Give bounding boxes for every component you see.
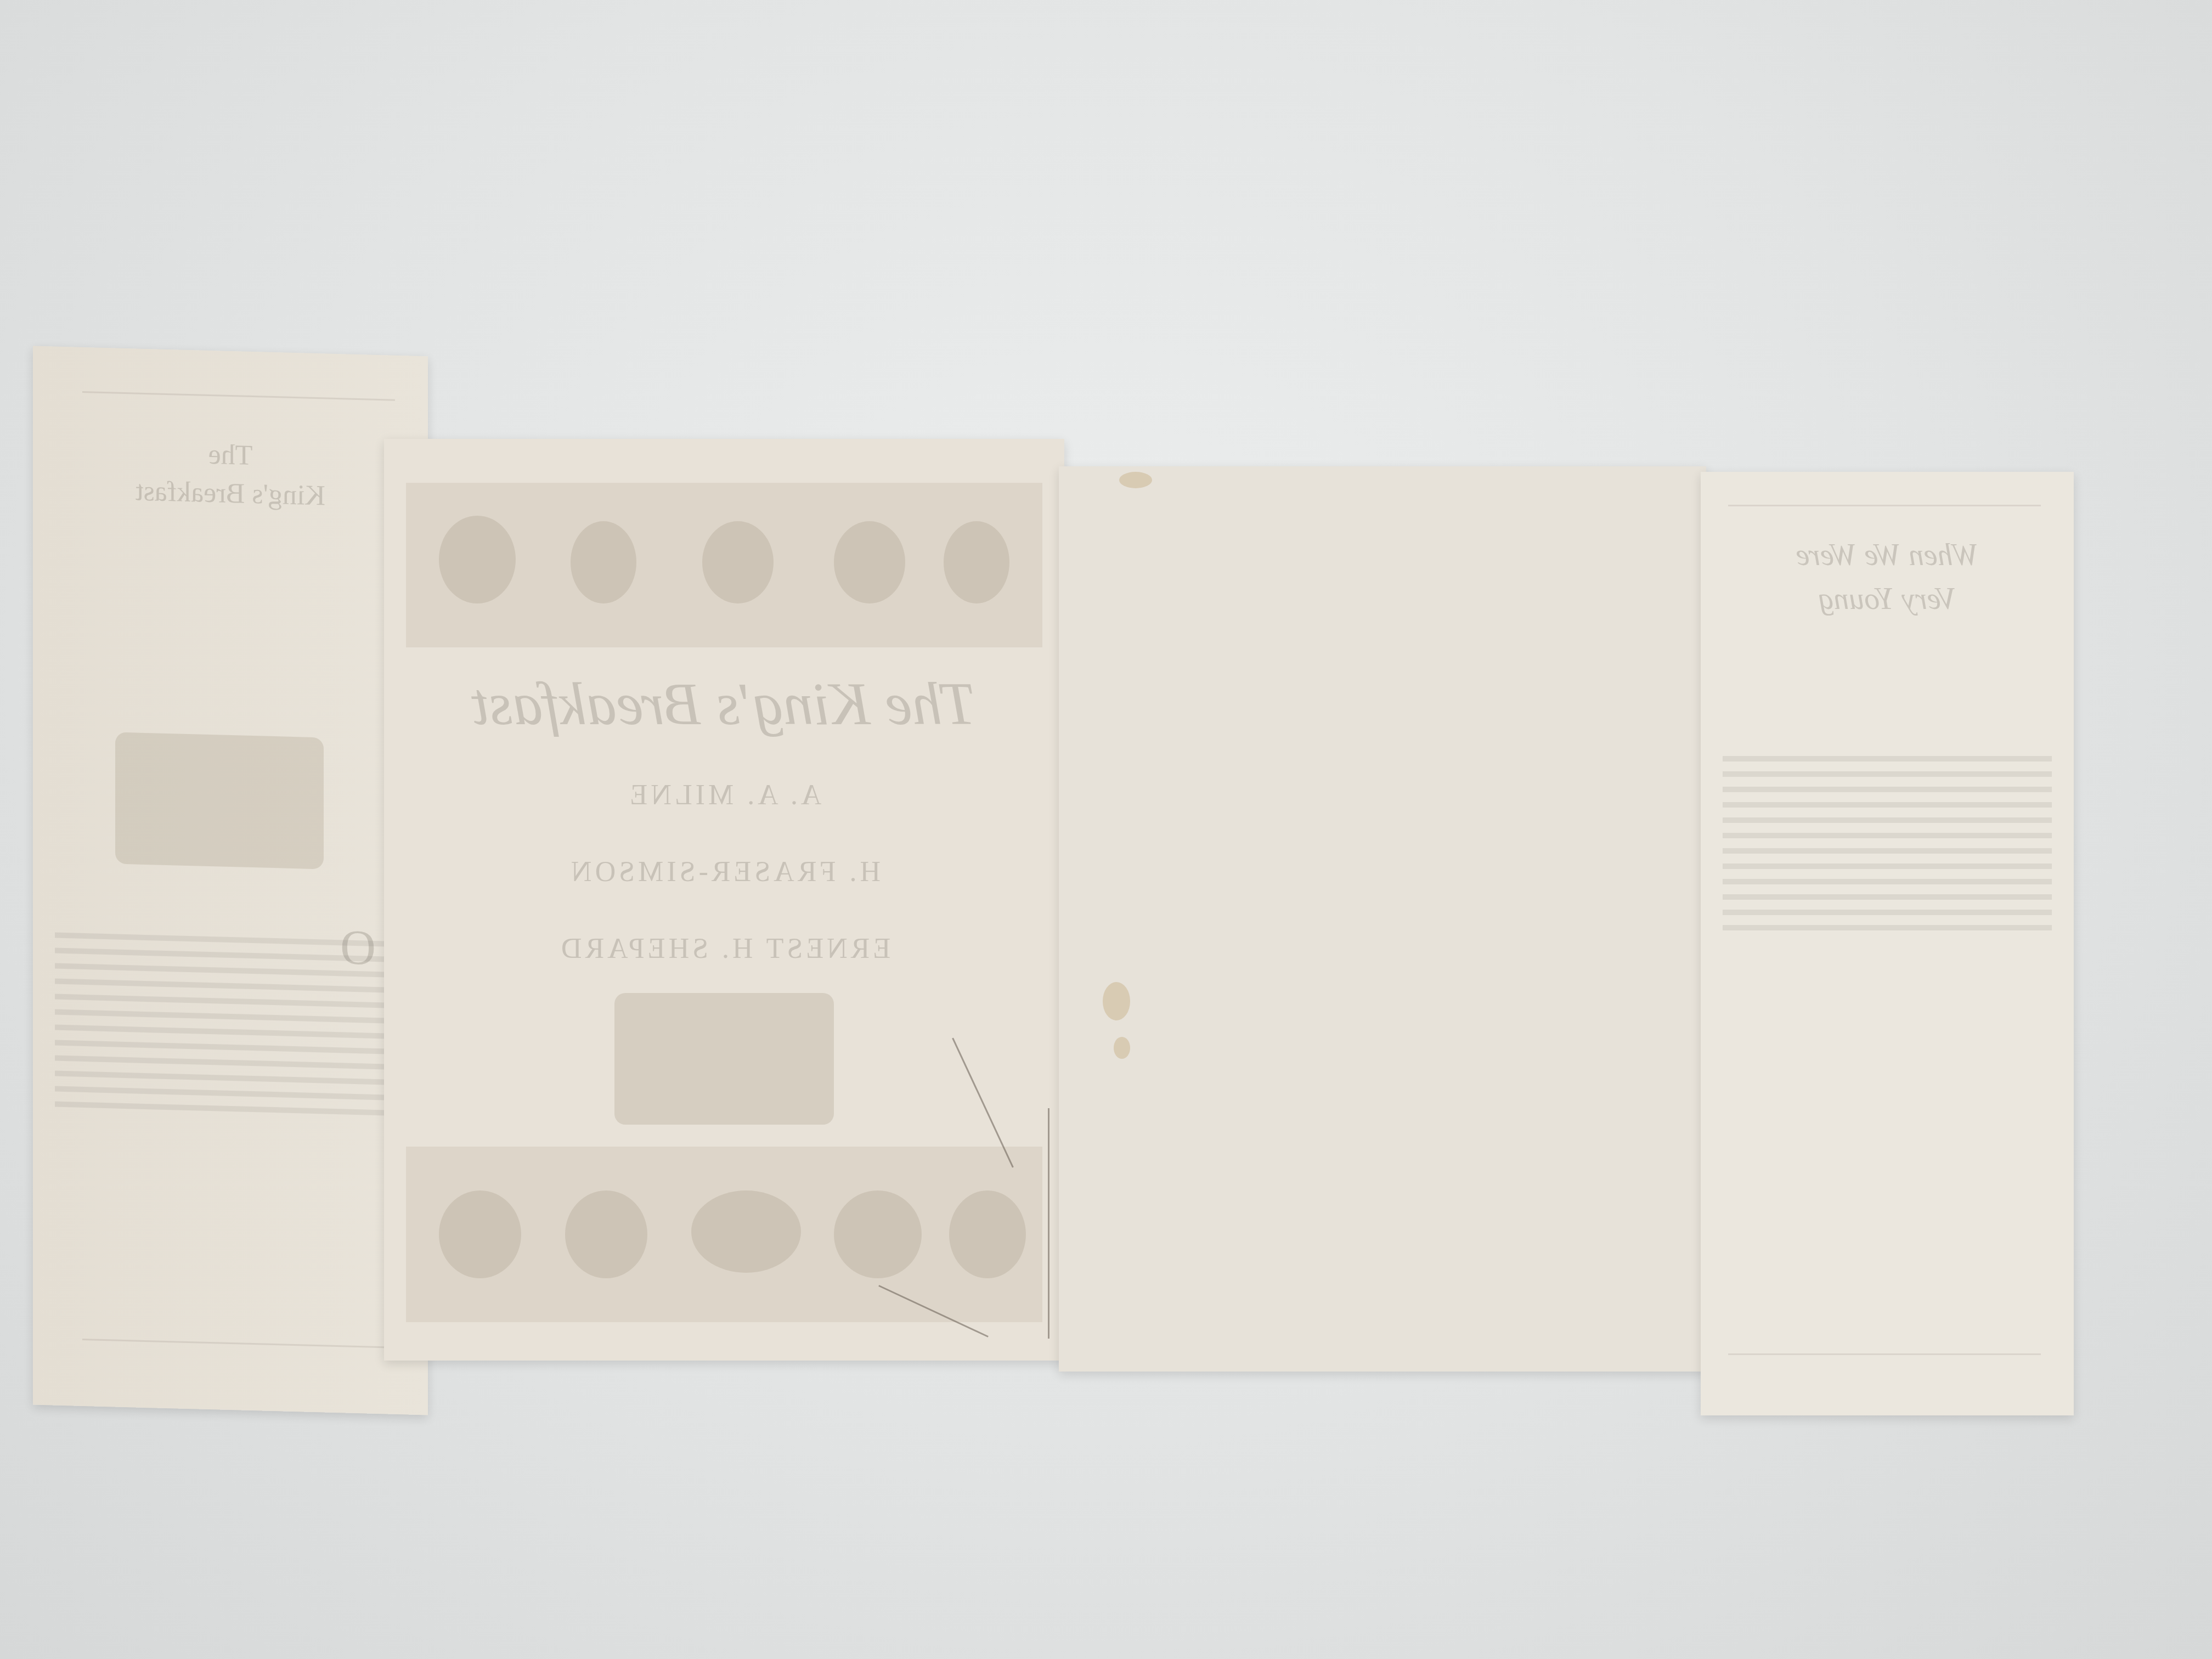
- illustration: [115, 732, 324, 870]
- flap-title-line2: Very Young: [1701, 582, 2074, 617]
- stain: [1103, 982, 1130, 1020]
- top-decoration-band: [406, 483, 1042, 647]
- right-flap: When We Were Very Young: [1701, 472, 2074, 1415]
- front-panel: The King's Breakfast A. A. MILNE H. FRAS…: [384, 439, 1064, 1361]
- flap-title-line1: The: [33, 434, 428, 477]
- flap-title-line2: King's Breakfast: [33, 472, 428, 515]
- left-flap: The King's Breakfast O: [33, 346, 428, 1415]
- illustration: [614, 993, 834, 1125]
- divider: [1728, 505, 2041, 506]
- tear: [1048, 1108, 1049, 1339]
- front-composer: H. FRASER-SIMSON: [384, 856, 1064, 888]
- front-illustrator: ERNEST H. SHEPARD: [384, 933, 1064, 965]
- divider: [82, 391, 395, 401]
- front-author: A. A. MILNE: [384, 779, 1064, 811]
- flap-body-text: [33, 922, 428, 1127]
- bottom-decoration-band: [406, 1147, 1042, 1322]
- flap-title-line1: When We Were: [1701, 538, 2074, 573]
- front-title: The King's Breakfast: [384, 669, 1064, 739]
- stain: [1119, 472, 1152, 488]
- divider: [82, 1339, 395, 1348]
- back-panel: [1059, 466, 1706, 1372]
- stain: [1114, 1037, 1130, 1059]
- flap-body-text: [1701, 746, 2074, 940]
- divider: [1728, 1353, 2041, 1355]
